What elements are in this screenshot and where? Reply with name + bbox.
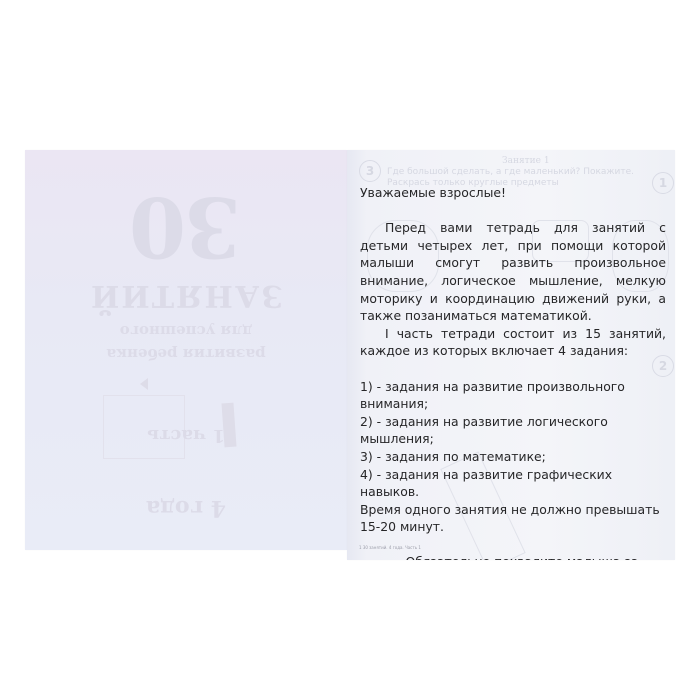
task-list-item: 2) - задания на развитие логического мыш… [360, 413, 666, 448]
letter-heading: Уважаемые взрослые! [360, 184, 666, 202]
show-through-age: 4 года [25, 495, 347, 521]
show-through-subtitle-2: развития ребенка [25, 345, 347, 363]
task-list-item: 3) - задания по математике; [360, 448, 666, 466]
show-through-subtitle-1: для успешного [25, 322, 347, 340]
show-through-part: 1 часть [25, 425, 347, 446]
structure-paragraph: I часть тетради состоит из 15 занятий, к… [360, 325, 666, 360]
task-list-item: 1) - задания на развитие произвольного в… [360, 378, 666, 413]
show-through-title: ЗАНЯТИЙ [25, 278, 347, 313]
left-page: 30 ЗАНЯТИЙ для успешного развития ребенк… [25, 150, 347, 550]
show-through-arrow-icon [140, 378, 148, 390]
bg-task-line-1: Где большой сделать, а где маленький? По… [387, 167, 634, 177]
task-list-item: 4) - задания на развитие графических нав… [360, 466, 666, 501]
page-footer: 1 30 занятий. 4 года. Часть 1 [359, 545, 421, 550]
praise-note: Обязательно похвалите малыша за старание… [360, 553, 666, 560]
intro-paragraph: Перед вами тетрадь для занятий с детьми … [360, 219, 666, 325]
bg-lesson-header: Занятие 1 [502, 156, 550, 166]
letter-to-adults: Уважаемые взрослые! Перед вами тетрадь д… [360, 184, 666, 560]
show-through-number: 30 [25, 178, 347, 274]
time-note: Время одного занятия не должно превышать… [360, 501, 666, 536]
right-page: Занятие 1 Где большой сделать, а где мал… [347, 150, 675, 560]
bg-task-number-icon: 3 [359, 160, 381, 182]
